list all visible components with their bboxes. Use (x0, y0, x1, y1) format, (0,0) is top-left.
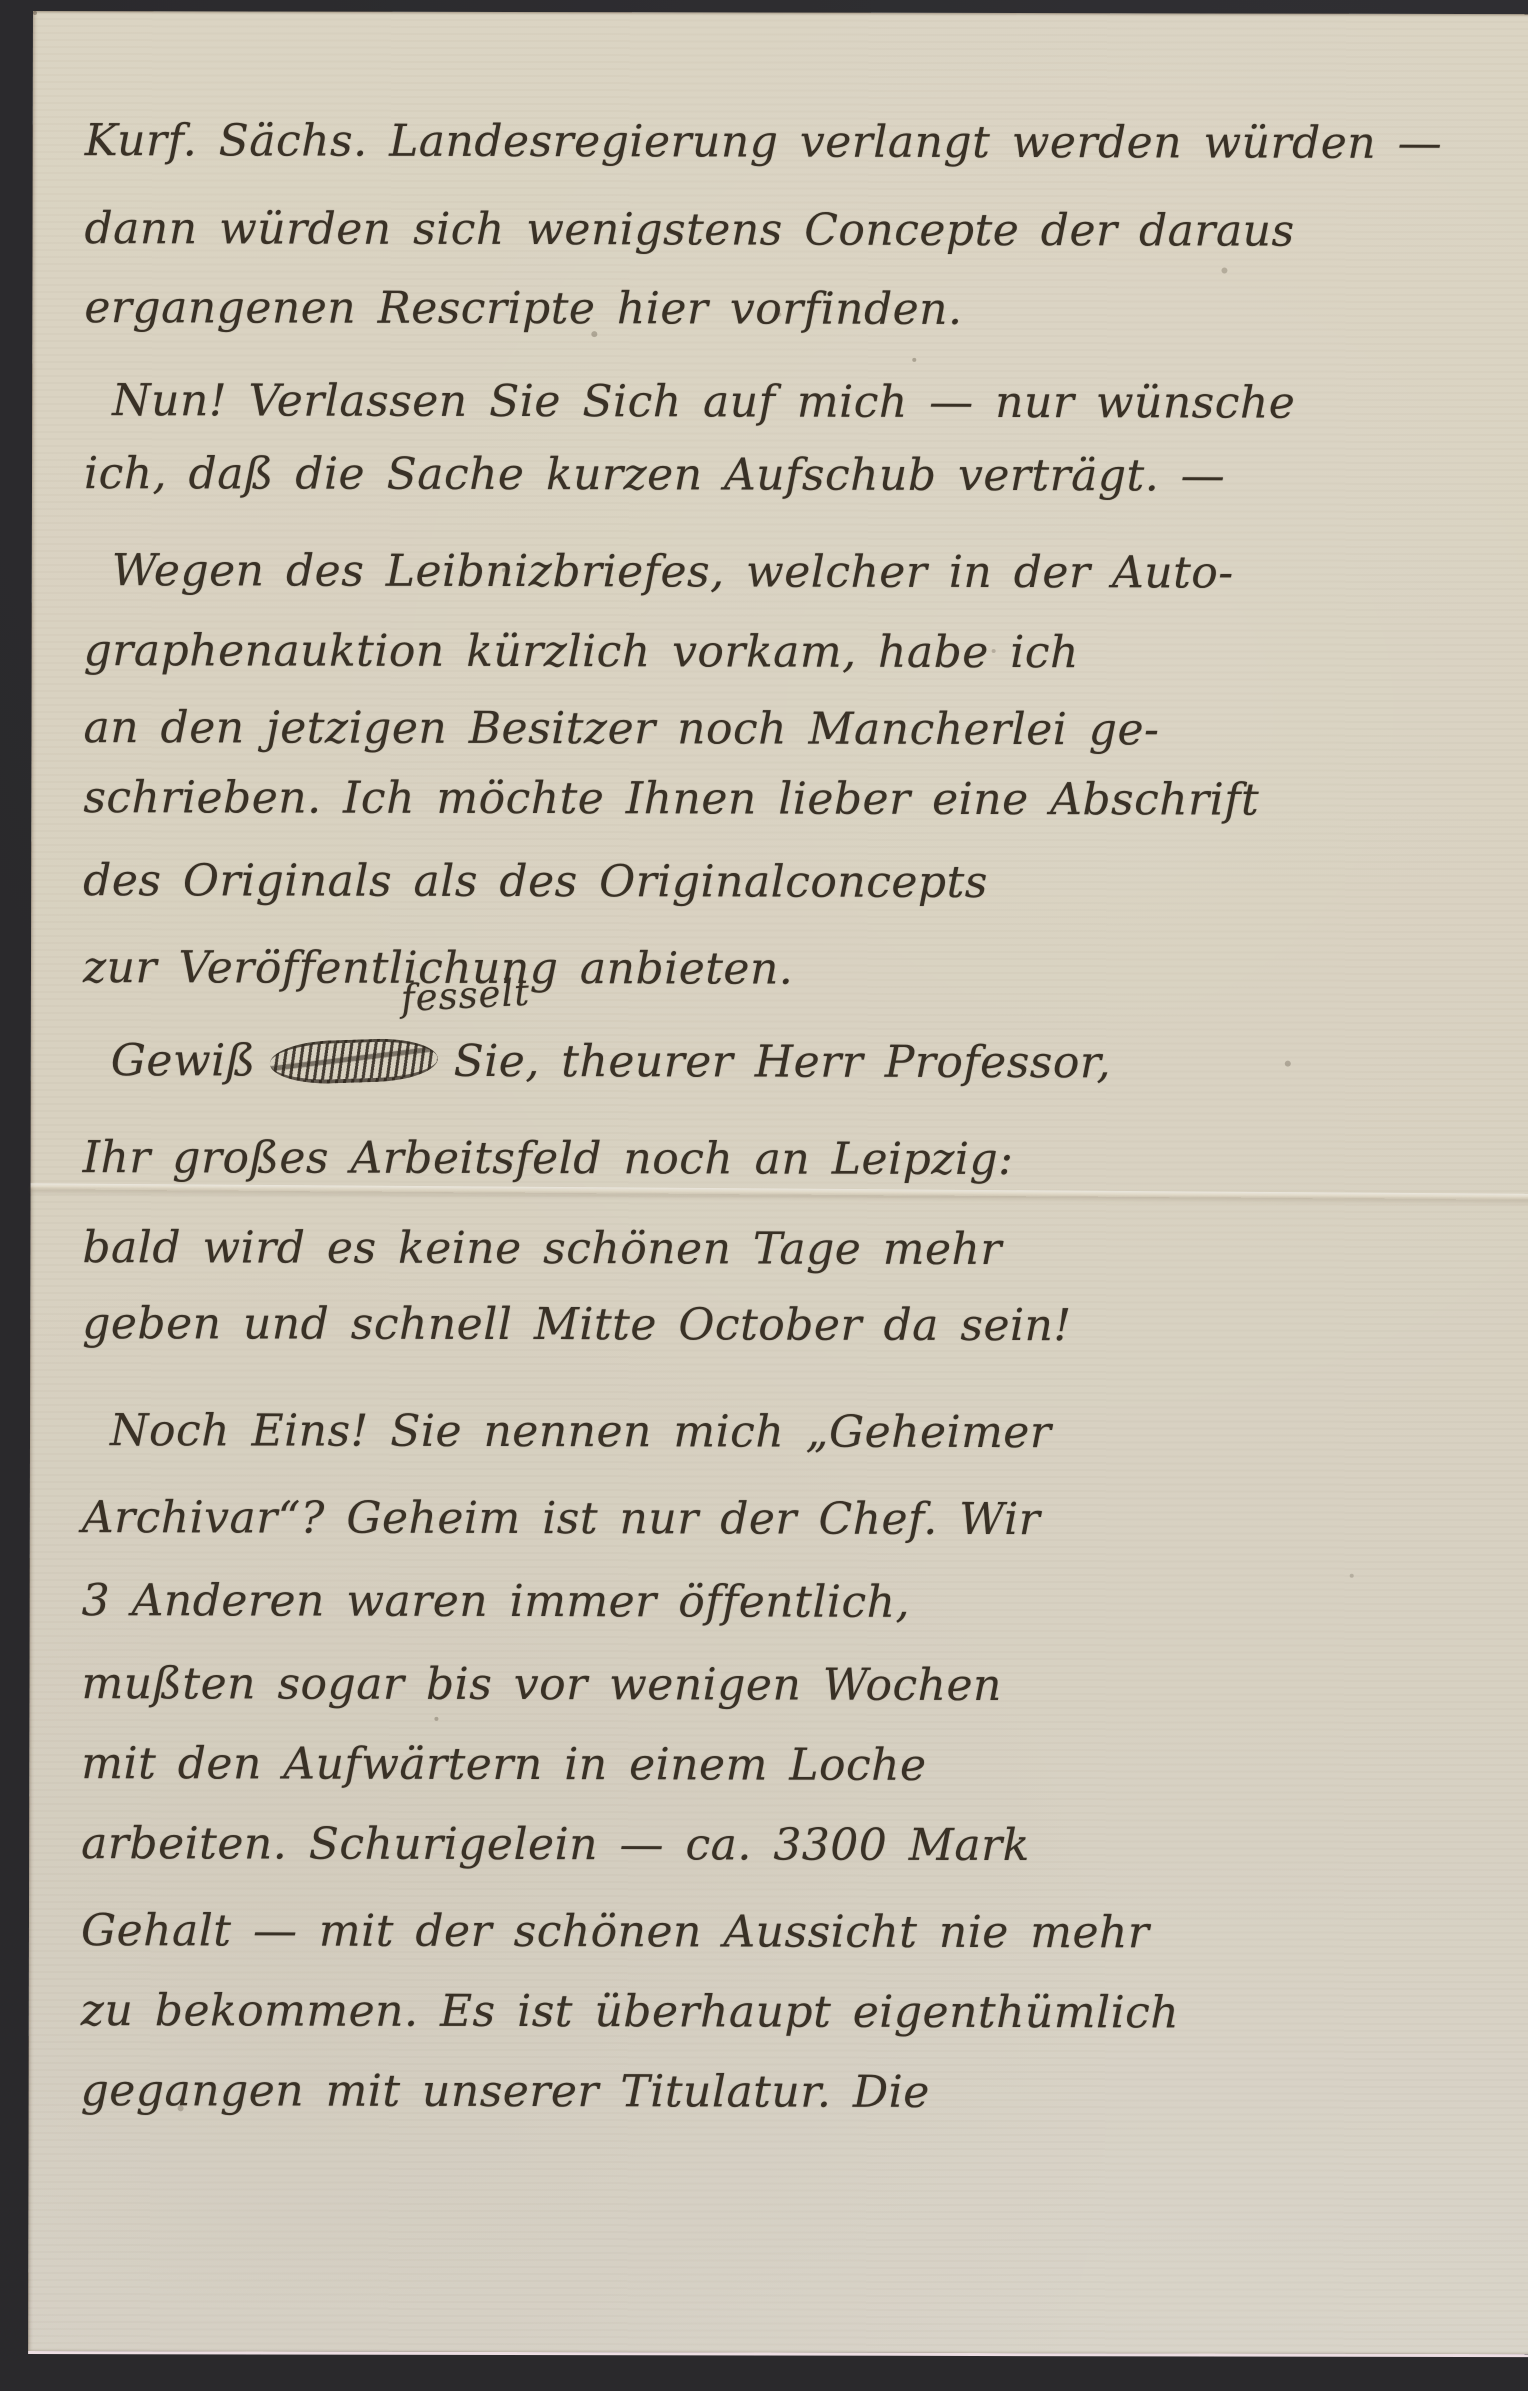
handwritten-line-15: geben und schnell Mitte October da sein! (82, 1282, 1072, 1368)
handwritten-line-19: mußten sogar bis vor wenigen Wochen (81, 1642, 1002, 1728)
handwritten-line-2: dann würden sich wenigstens Concepte der… (84, 187, 1294, 274)
handwritten-line-18: 3 Anderen waren immer öffentlich, (82, 1559, 910, 1645)
handwritten-line-6: Wegen des Leibnizbriefes, welcher in der… (84, 529, 1234, 615)
letter-paper: Kurf. Sächs. Landesregierung verlangt we… (28, 11, 1528, 2357)
handwritten-line-7: graphenauktion kürzlich vorkam, habe ich (84, 609, 1079, 695)
scanned-letter-photo: Kurf. Sächs. Landesregierung verlangt we… (0, 0, 1528, 2391)
handwritten-line-3: ergangenen Rescripte hier vorfinden. (84, 266, 962, 352)
emendation-text-before: Gewiß (111, 1035, 256, 1086)
handwritten-line-13: Ihr großes Arbeitsfeld noch an Leipzig: (83, 1116, 1014, 1202)
handwritten-line-21: arbeiten. Schurigelein — ca. 3300 Mark (81, 1802, 1030, 1888)
handwritten-line-12-with-emendation: GewißSie, theurer Herr Professor, fessel… (83, 1019, 1111, 1105)
emendation-text-after: Sie, theurer Herr Professor, (454, 1036, 1112, 1088)
handwritten-line-17: Archivar“? Geheim ist nur der Chef. Wir (82, 1476, 1041, 1562)
handwritten-line-1: Kurf. Sächs. Landesregierung verlangt we… (85, 99, 1443, 186)
handwritten-line-10: des Originals als des Originalconcepts (83, 839, 988, 925)
handwritten-line-9: schrieben. Ich möchte Ihnen lieber eine … (83, 756, 1259, 842)
handwritten-line-20: mit den Aufwärtern in einem Loche (81, 1722, 926, 1808)
handwritten-line-24: gegangen mit unserer Titulatur. Die (81, 2049, 930, 2135)
handwritten-line-23: zu bekommen. Es ist überhaupt eigenthüml… (81, 1969, 1180, 2055)
handwritten-line-16: Noch Eins! Sie nennen mich „Geheimer (82, 1389, 1052, 1475)
handwritten-line-14: bald wird es keine schönen Tage mehr (82, 1206, 1002, 1292)
inserted-word-above-line: fesselt (400, 973, 531, 1019)
handwritten-line-5: ich, daß die Sache kurzen Aufschub vertr… (84, 432, 1225, 518)
handwritten-line-22: Gehalt — mit der schönen Aussicht nie me… (81, 1889, 1150, 1975)
ink-specks (33, 11, 37, 15)
struck-word-scribble (269, 1037, 438, 1085)
handwriting-layer: Kurf. Sächs. Landesregierung verlangt we… (80, 11, 1505, 2354)
